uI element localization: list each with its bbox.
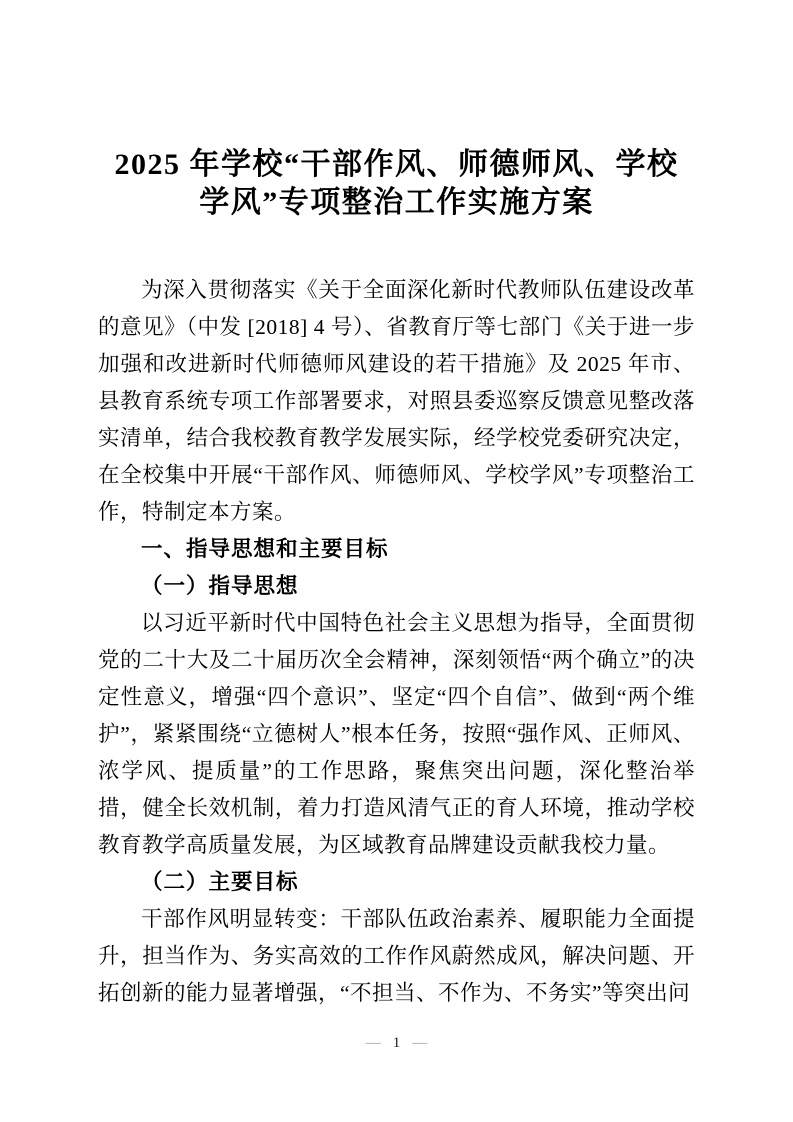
paragraph-intro: 为深入贯彻落实《关于全面深化新时代教师队伍建设改革的意见》（中发 [2018] … xyxy=(98,272,695,531)
document-body: 为深入贯彻落实《关于全面深化新时代教师队伍建设改革的意见》（中发 [2018] … xyxy=(98,272,695,1012)
heading-sub-main-goals: （二）主要目标 xyxy=(98,864,695,901)
footer-dash-left: — xyxy=(364,1035,383,1051)
page-number: 1 xyxy=(393,1032,401,1054)
paragraph-guiding-ideology: 以习近平新时代中国特色社会主义思想为指导，全面贯彻党的二十大及二十届历次全会精神… xyxy=(98,605,695,864)
title-line-2: 学风”专项整治工作实施方案 xyxy=(98,184,695,222)
document-title: 2025 年学校“干部作风、师德师风、学校 学风”专项整治工作实施方案 xyxy=(98,146,695,222)
page-footer: —1— xyxy=(0,1032,793,1054)
footer-dash-right: — xyxy=(410,1035,429,1051)
paragraph-main-goals: 干部作风明显转变：干部队伍政治素养、履职能力全面提升，担当作为、务实高效的工作作… xyxy=(98,901,695,1012)
heading-sub-guiding-ideology: （一）指导思想 xyxy=(98,568,695,605)
document-page: 2025 年学校“干部作风、师德师风、学校 学风”专项整治工作实施方案 为深入贯… xyxy=(0,0,793,1122)
title-line-1: 2025 年学校“干部作风、师德师风、学校 xyxy=(98,146,695,184)
heading-section-guiding-ideology-and-goals: 一、指导思想和主要目标 xyxy=(98,531,695,568)
